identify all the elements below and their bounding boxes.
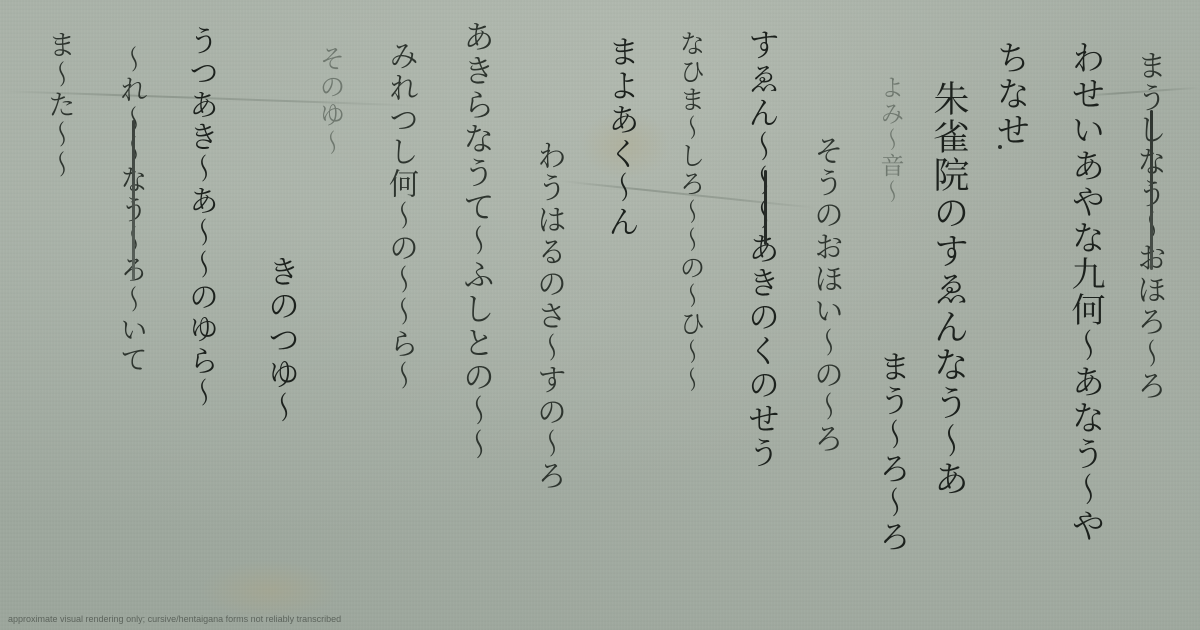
text-column: よみ〜音〜 bbox=[878, 75, 902, 205]
column-text: わうはるのさ〜すの〜ろ bbox=[533, 140, 563, 492]
text-column: ちなせ bbox=[993, 40, 1027, 148]
paper-stain bbox=[200, 560, 340, 620]
column-text: なひま〜しろ〜〜の〜ひ〜〜 bbox=[677, 30, 703, 394]
text-column: みれつし何〜の〜〜ら〜 bbox=[385, 40, 415, 392]
ink-dot bbox=[998, 145, 1002, 149]
column-text: まうしなう〜おほろ〜ろ bbox=[1133, 50, 1163, 402]
text-column: わせいあやな九何〜あなう〜や bbox=[1068, 40, 1102, 544]
text-column: すゑん〜〜〜あきのくのせう bbox=[746, 28, 778, 470]
long-brush-stroke bbox=[1150, 110, 1153, 270]
text-column: そのゆ〜 bbox=[317, 45, 343, 157]
column-text: よみ〜音〜 bbox=[878, 75, 902, 205]
text-column: まうしなう〜おほろ〜ろ bbox=[1133, 50, 1163, 402]
long-brush-stroke bbox=[132, 120, 135, 280]
text-column: まう〜ろ〜ろ bbox=[877, 350, 909, 554]
text-column: わうはるのさ〜すの〜ろ bbox=[533, 140, 563, 492]
column-text: そのゆ〜 bbox=[317, 45, 343, 157]
text-column: そうのおほい〜の〜ろ bbox=[810, 135, 840, 455]
long-brush-stroke bbox=[764, 170, 767, 245]
column-text: すゑん〜〜〜あきのくのせう bbox=[746, 28, 778, 470]
manuscript-paper: まうしなう〜おほろ〜ろ わせいあやな九何〜あなう〜や ちなせ 朱雀院のすゑんなう… bbox=[0, 0, 1200, 630]
text-column: 朱雀院のすゑんなう〜あ bbox=[930, 80, 966, 498]
column-text: まう〜ろ〜ろ bbox=[877, 350, 909, 554]
text-column: あきらなうて〜ふしとの〜〜 bbox=[461, 20, 493, 462]
column-text: そうのおほい〜の〜ろ bbox=[810, 135, 840, 455]
column-text: ちなせ bbox=[993, 40, 1027, 148]
text-column: まよあく〜ん bbox=[606, 35, 638, 239]
column-text: みれつし何〜の〜〜ら〜 bbox=[385, 40, 415, 392]
text-column: なひま〜しろ〜〜の〜ひ〜〜 bbox=[677, 30, 703, 394]
column-text: あきらなうて〜ふしとの〜〜 bbox=[461, 20, 493, 462]
text-column: うつあき〜あ〜〜のゆら〜 bbox=[185, 25, 215, 409]
column-text: まよあく〜ん bbox=[606, 35, 638, 239]
text-column: ま〜た〜〜 bbox=[46, 30, 74, 180]
transcription-status-note: approximate visual rendering only; cursi… bbox=[8, 614, 341, 624]
column-text: うつあき〜あ〜〜のゆら〜 bbox=[185, 25, 215, 409]
column-text: わせいあやな九何〜あなう〜や bbox=[1068, 40, 1102, 544]
text-column: きのつゆ〜 bbox=[266, 255, 298, 425]
column-text: 朱雀院のすゑんなう〜あ bbox=[930, 80, 966, 498]
column-text: きのつゆ〜 bbox=[266, 255, 298, 425]
column-text: ま〜た〜〜 bbox=[46, 30, 74, 180]
